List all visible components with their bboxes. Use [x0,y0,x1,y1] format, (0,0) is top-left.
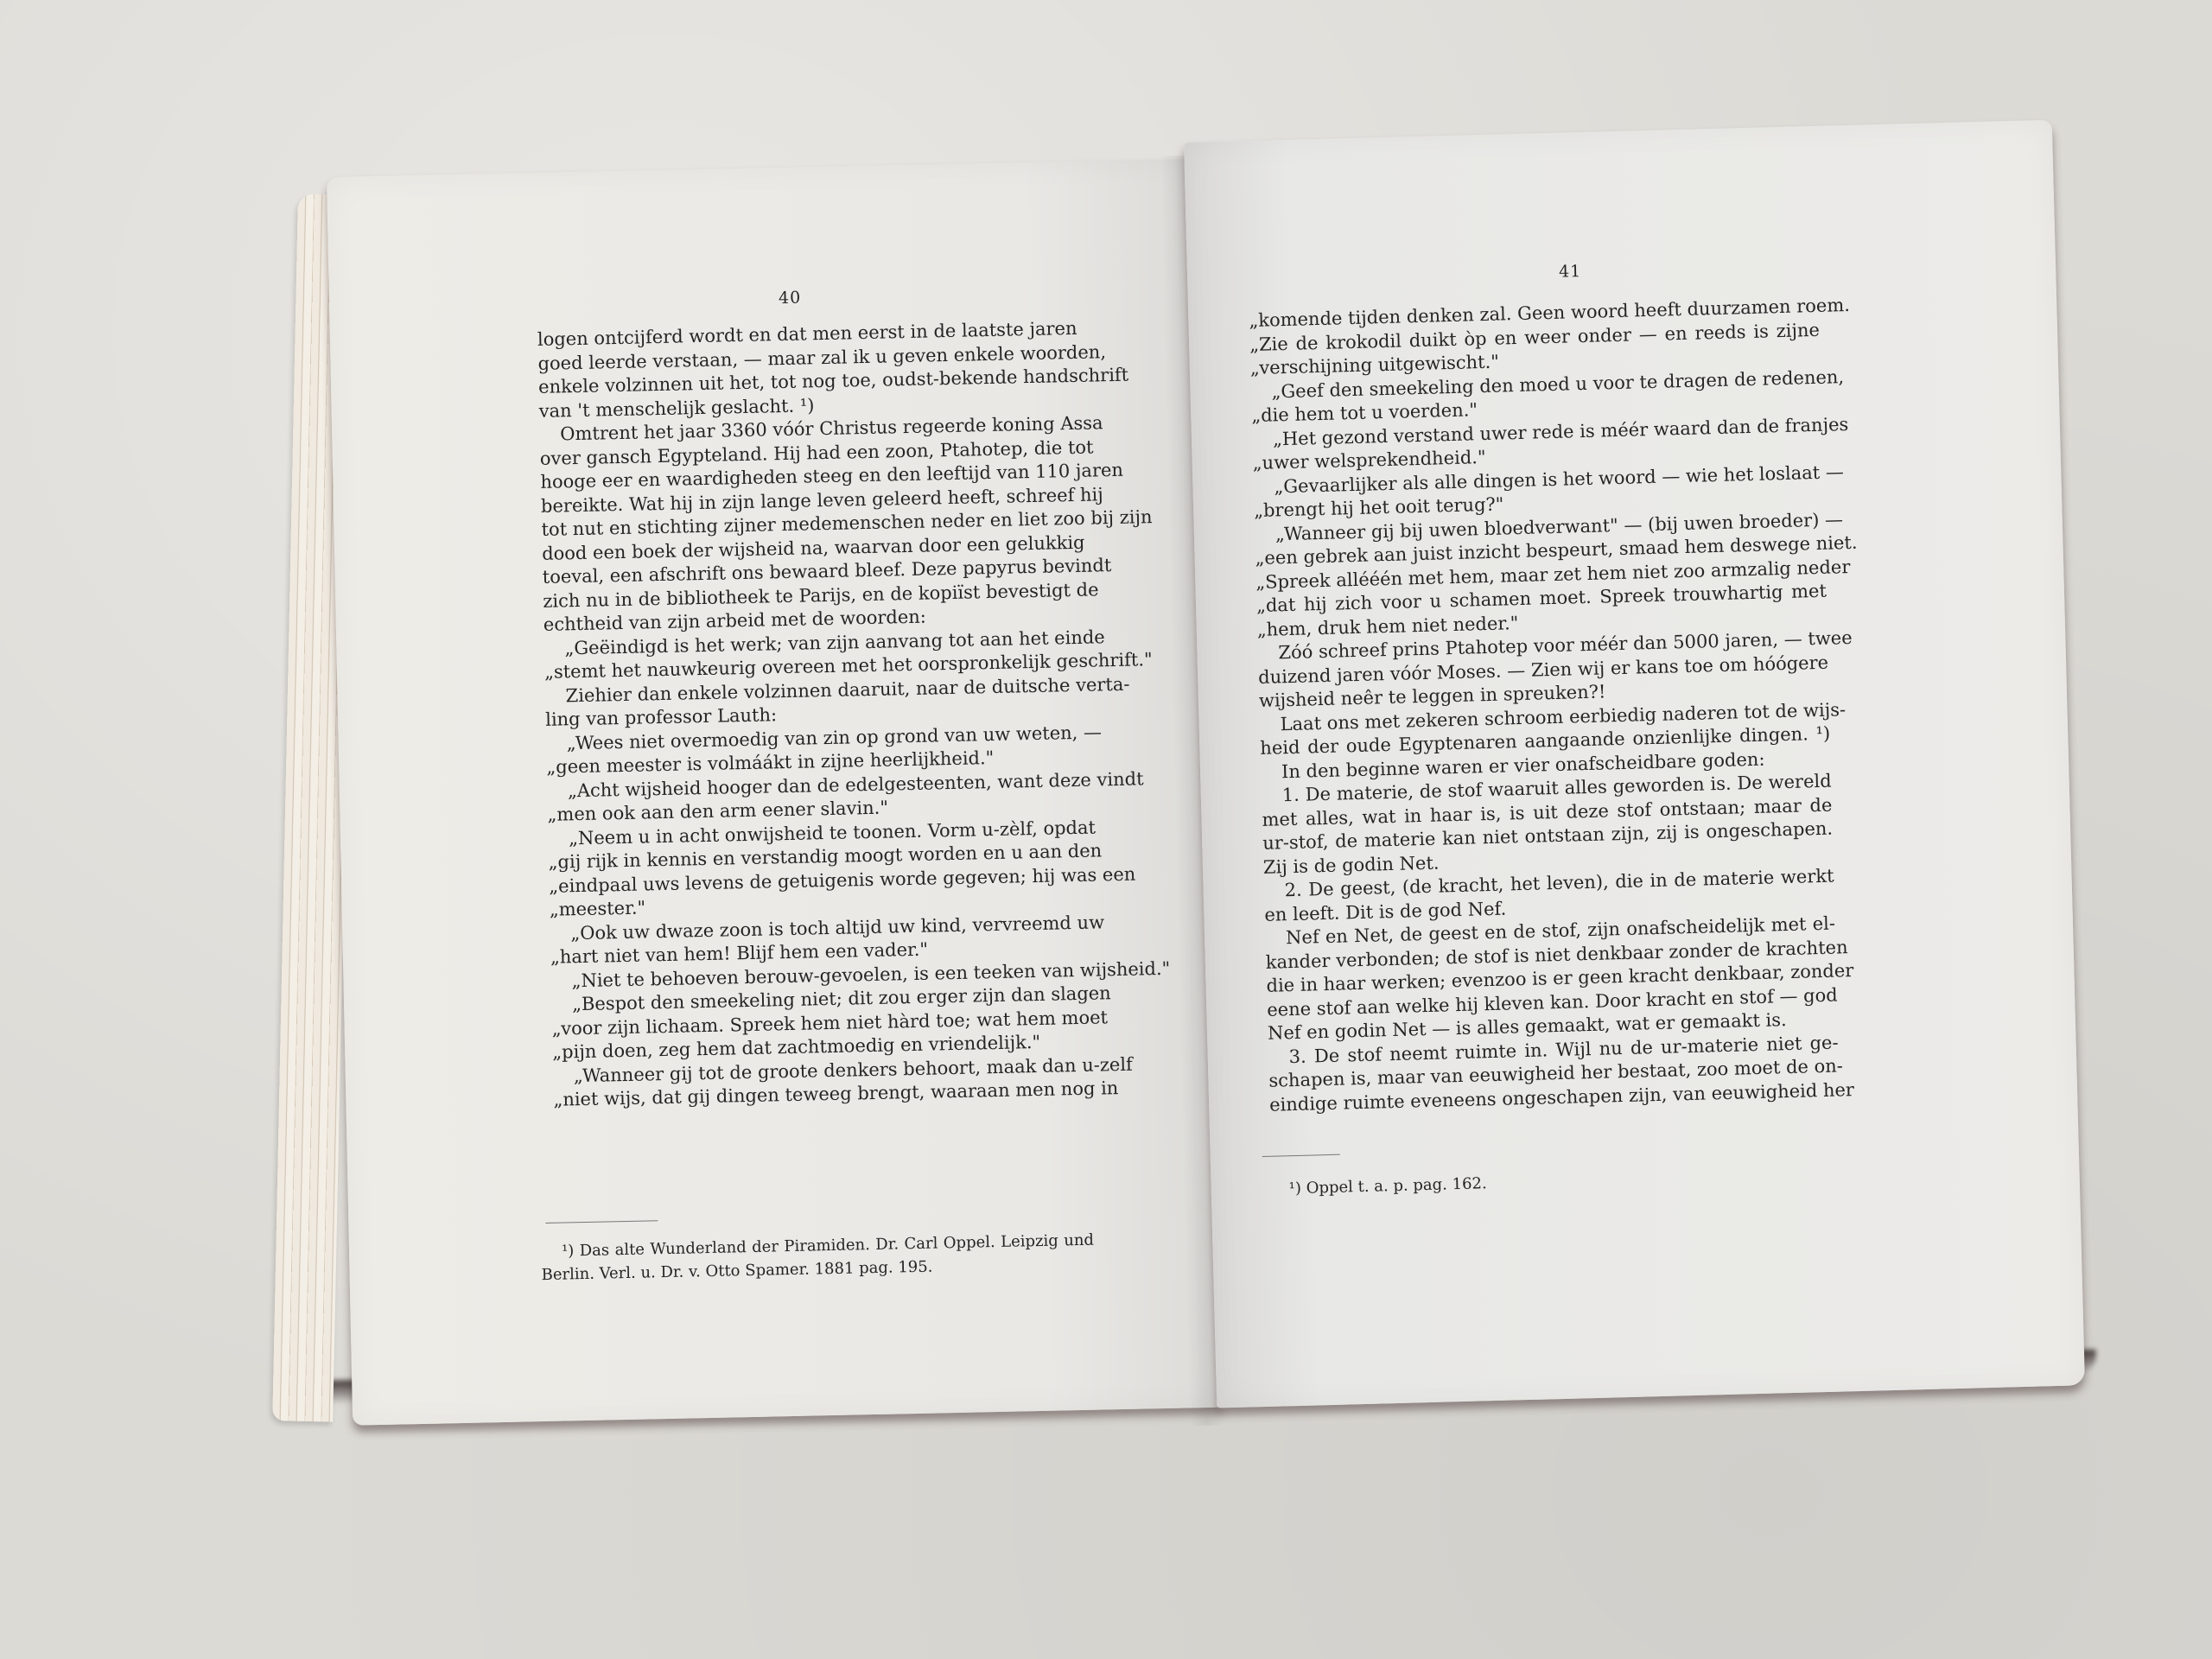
left-page: 40 logen ontcijferd wordt en dat men eer… [327,159,1221,1426]
left-page-body: logen ontcijferd wordt en dat men eerst … [537,317,1081,1112]
right-page-body: „komende tijden denken zal. Geen woord h… [1249,295,1840,1117]
footnote-divider [1262,1154,1340,1157]
page-number-left: 40 [779,289,802,308]
page-number-right: 41 [1559,262,1582,282]
photo-scene: 40 logen ontcijferd wordt en dat men eer… [0,0,2212,1659]
footnote-divider [545,1220,658,1224]
footnote-left: ¹) Das alte Wunderland der Piramiden. Dr… [541,1229,1095,1287]
footnote-line: ¹) Oppel t. a. p. pag. 162. [1288,1164,1808,1201]
right-page: 41 „komende tijden denken zal. Geen woor… [1184,120,2085,1408]
footnote-right: ¹) Oppel t. a. p. pag. 162. [1288,1164,1808,1201]
